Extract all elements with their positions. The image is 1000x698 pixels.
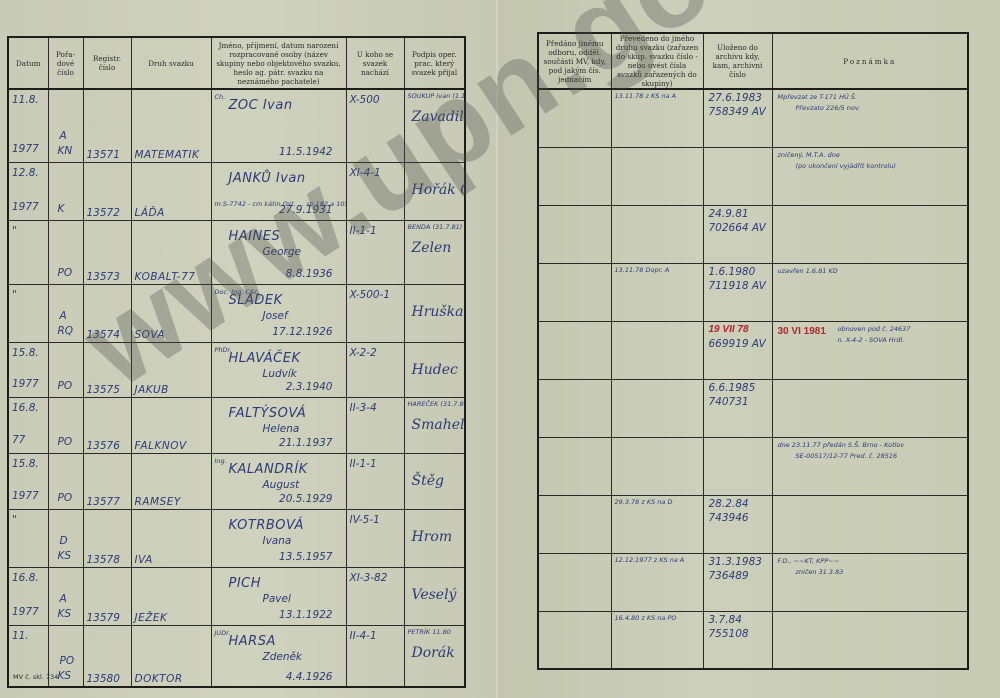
archivni-cislo: 743946 (709, 512, 749, 524)
datum-day: 16.8. (12, 402, 39, 414)
ulozeno-datum: 19 VII 78 (709, 324, 749, 336)
predano-cell (538, 495, 611, 553)
podpis-cell: PETRÍK 11.80Dorák (404, 625, 465, 687)
u-koho-cell: XI-4-1 (346, 162, 404, 220)
poradove-code: PO (58, 492, 73, 504)
druh-svazku: MATEMATIK (135, 149, 200, 161)
druh-svazku-cell: FALKNOV (131, 397, 211, 453)
prijmeni: FALTÝSOVÁ (229, 407, 307, 421)
podpis-signature: Hruška (412, 306, 464, 318)
datum-cell: 12.8.1977 (8, 162, 48, 220)
datum-cell: " (8, 509, 48, 567)
registr-cislo-cell: 13578 (83, 509, 131, 567)
registr-cislo-cell: 13574 (83, 284, 131, 342)
poradove-code: PO (58, 267, 73, 279)
prijmeni: PICH (229, 577, 262, 591)
datum-cell: " (8, 220, 48, 284)
u-koho-cell: X-500 (346, 89, 404, 162)
jmeno: Ivana (263, 535, 292, 547)
jmeno-cell: JANKŮ Ivanm.S-7742 - cm kátin Ost. ... s… (211, 162, 346, 220)
register-row: dne 23.11.77 předán S.Š. Brno - KotlovSE… (538, 437, 968, 495)
podpis-signature: Hudec (412, 364, 458, 376)
druh-svazku-cell: RAMSEY (131, 453, 211, 509)
podpis-cell: BENDA (31.7.81)Zelen (404, 220, 465, 284)
datum-cell: 16.8.1977 (8, 567, 48, 625)
u-koho: II-3-4 (350, 402, 401, 414)
archivni-cislo: 702664 AV (709, 222, 766, 234)
datum-day: 11. (12, 630, 29, 642)
poradove-code: KS (58, 550, 72, 562)
datum-day: 12.8. (12, 167, 39, 179)
prijmeni: HLAVÁČEK (229, 352, 301, 366)
registr-cislo: 13577 (87, 496, 120, 508)
header-ulozeno: Uloženo do archivu kdy, kam, archivní čí… (703, 33, 772, 89)
prevedeno-cell (611, 379, 703, 437)
ulozeno-cell: 3.7.84755108 (703, 611, 772, 669)
datum-year: 1977 (12, 606, 39, 618)
prevedeno: 12.12.1977 z KS na A (615, 556, 700, 564)
poznamka-cell (772, 379, 968, 437)
datum-day: " (12, 225, 17, 237)
predano-cell (538, 147, 611, 205)
register-row: "DKS13578IVAKOTRBOVÁIvana13.5.1957IV-5-1… (8, 509, 465, 567)
poradove-cislo-cell: K (48, 162, 83, 220)
prevedeno-cell: 29.3.78 z KS na D (611, 495, 703, 553)
jmeno: Zdeněk (263, 651, 303, 663)
prevedeno-cell (611, 437, 703, 495)
jmeno: Helena (263, 423, 300, 435)
header-podpis: Podpis oper. prac. který svazek přijal (404, 37, 465, 89)
registr-cislo: 13571 (87, 149, 120, 161)
druh-svazku: DOKTOR (135, 673, 183, 685)
titul: Ing. (215, 457, 227, 465)
poradove-cislo-cell: AKN (48, 89, 83, 162)
poznamka-cell: 30 VI 1981obnoven pod č. 24637n. X-4-2 -… (772, 321, 968, 379)
datum-narozeni: 21.1.1937 (279, 437, 332, 449)
u-koho: IV-5-1 (350, 514, 401, 526)
register-row: zničený, M.T.A. dne(po ukončení vyjádřit… (538, 147, 968, 205)
podpis-signature: Smahel (412, 419, 465, 431)
prevedeno-cell: 13.11.78 z KS na A (611, 89, 703, 147)
prijmeni: ZOC Ivan (229, 99, 293, 113)
archivni-cislo: 711918 AV (709, 280, 766, 292)
datum-cell: " (8, 284, 48, 342)
podpis-signature: Hrom (412, 531, 453, 543)
header-predano: Předáno jinému odboru, odděl. součásti M… (538, 33, 611, 89)
jmeno: Ludvík (263, 368, 297, 380)
header-u-koho: U koho se svazek nachází (346, 37, 404, 89)
registr-cislo-cell: 13575 (83, 342, 131, 397)
jmeno: August (263, 479, 300, 491)
datum-cell: 11.8.1977 (8, 89, 48, 162)
archivni-cislo: 669919 AV (709, 338, 766, 350)
archive-stamp: 30 VI 1981 (778, 326, 826, 337)
poznamka-line-2: n. X-4-2 - SOVA Hrdl. (838, 336, 905, 344)
poznamka-line-1: obnoven pod č. 24637 (838, 325, 911, 333)
ulozeno-datum: 28.2.84 (709, 498, 749, 510)
datum-cell: 16.8.77 (8, 397, 48, 453)
poradove-prefix: A (60, 310, 67, 322)
datum-year: 1977 (12, 143, 39, 155)
register-row: 24.9.81702664 AV (538, 205, 968, 263)
datum-narozeni: 13.5.1957 (279, 551, 332, 563)
podpis-cell: Hruška (404, 284, 465, 342)
registr-cislo-cell: 13573 (83, 220, 131, 284)
jmeno: Josef (263, 310, 288, 322)
prevedeno-cell: 12.12.1977 z KS na A (611, 553, 703, 611)
register-row: 15.8.1977PO13575JAKUBPhDr.HLAVÁČEKLudvík… (8, 342, 465, 397)
datum-narozeni: 2.3.1940 (286, 381, 333, 393)
poznamka-cell (772, 611, 968, 669)
predano-cell (538, 321, 611, 379)
druh-svazku-cell: LÁĎA (131, 162, 211, 220)
druh-svazku: JEŽEK (135, 612, 168, 624)
poznamka-cell: dne 23.11.77 předán S.Š. Brno - KotlovSE… (772, 437, 968, 495)
druh-svazku-cell: JEŽEK (131, 567, 211, 625)
datum-narozeni: 17.12.1926 (272, 326, 332, 338)
druh-svazku: RAMSEY (135, 496, 181, 508)
registr-cislo-cell: 13580 (83, 625, 131, 687)
ulozeno-datum: 31.3.1983 (709, 556, 762, 568)
predano-cell (538, 553, 611, 611)
jmeno-cell: Ing.KALANDRÍKAugust20.5.1929 (211, 453, 346, 509)
poradove-cislo-cell: PO (48, 453, 83, 509)
u-koho: X-500 (350, 94, 401, 106)
registr-cislo: 13573 (87, 271, 120, 283)
prijmeni: HAINES (229, 230, 281, 244)
header-druh-svazku: Druh svazku (131, 37, 211, 89)
ulozeno-cell: 31.3.1983736489 (703, 553, 772, 611)
poznamka-cell: Mpřevzat ze T-171 HÚ Š.Převzato 226/5 no… (772, 89, 968, 147)
u-koho: II-1-1 (350, 225, 401, 237)
prijmeni: KALANDRÍK (229, 463, 308, 477)
datum-year: 1977 (12, 378, 39, 390)
titul: Ch. (215, 93, 226, 101)
podpis-cell: Štěg (404, 453, 465, 509)
prevedeno-cell (611, 205, 703, 263)
jmeno-cell: HAINESGeorge8.8.1936 (211, 220, 346, 284)
druh-svazku-cell: KOBALT-77 (131, 220, 211, 284)
register-row: 16.8.77PO13576FALKNOVFALTÝSOVÁHelena21.1… (8, 397, 465, 453)
datum-narozeni: 8.8.1936 (286, 268, 333, 280)
poradove-cislo-cell: DKS (48, 509, 83, 567)
prevedeno: 29.3.78 z KS na D (615, 498, 700, 506)
prevedeno: 16.4.80 z KS na PO (615, 614, 700, 622)
ulozeno-cell: 1.6.1980711918 AV (703, 263, 772, 321)
poradove-code: KN (58, 145, 73, 157)
poradove-code: KS (58, 608, 72, 620)
form-number: MV č. skl. 734 (13, 673, 58, 681)
register-row: 19 VII 78669919 AV30 VI 1981obnoven pod … (538, 321, 968, 379)
druh-svazku: LÁĎA (135, 207, 165, 219)
predano-cell (538, 611, 611, 669)
poradove-cislo-cell: ARQ (48, 284, 83, 342)
podpis-cell: SOUKUP Ivan (1.10.77)Zavadil (404, 89, 465, 162)
datum-narozeni: 27.9.1931 (279, 204, 332, 216)
poradove-cislo-cell: PO (48, 342, 83, 397)
datum-day: " (12, 289, 17, 301)
header-registr-cislo: Registr. číslo (83, 37, 131, 89)
register-row: 12.12.1977 z KS na A31.3.1983736489F.D.,… (538, 553, 968, 611)
ulozeno-cell: 19 VII 78669919 AV (703, 321, 772, 379)
ulozeno-cell: 24.9.81702664 AV (703, 205, 772, 263)
poradove-cislo-cell: PO (48, 397, 83, 453)
podpis-signature: Zelen (412, 242, 452, 254)
datum-day: 15.8. (12, 458, 39, 470)
poznamka-line-2: Převzato 226/5 nov. (796, 104, 861, 112)
ulozeno-cell: 6.6.1985740731 (703, 379, 772, 437)
podpis-cell: HAREČEK (31.7.81)Smahel (404, 397, 465, 453)
druh-svazku-cell: IVA (131, 509, 211, 567)
datum-narozeni: 13.1.1922 (279, 609, 332, 621)
poznamka-line-1: F.D., ~~KT, KPP~~ (778, 557, 840, 565)
druh-svazku: KOBALT-77 (135, 271, 196, 283)
podpis-poznamka: SOUKUP Ivan (1.10.77) (408, 92, 466, 100)
registr-cislo: 13580 (87, 673, 120, 685)
predano-cell (538, 379, 611, 437)
poznamka-cell: uzavřen 1.6.81 KD (772, 263, 968, 321)
jmeno-cell: PhDr.HLAVÁČEKLudvík2.3.1940 (211, 342, 346, 397)
poznamka-cell (772, 205, 968, 263)
jmeno: George (263, 246, 301, 258)
poradove-prefix: PO (60, 655, 75, 667)
registr-cislo: 13574 (87, 329, 120, 341)
datum-day: 11.8. (12, 94, 39, 106)
ulozeno-datum: 24.9.81 (709, 208, 749, 220)
prevedeno-cell: 13.11.78 Dopr. A (611, 263, 703, 321)
register-row: 16.8.1977AKS13579JEŽEKPICHPavel13.1.1922… (8, 567, 465, 625)
register-row: 11.POKS13580DOKTORJUDr.HARSAZdeněk4.4.19… (8, 625, 465, 687)
header-row: Datum Pořa-dové číslo Registr. číslo Dru… (8, 37, 465, 89)
prevedeno-cell (611, 321, 703, 379)
register-row: 6.6.1985740731 (538, 379, 968, 437)
podpis-signature: Zavadil (412, 111, 464, 123)
datum-narozeni: 4.4.1926 (286, 671, 333, 683)
prevedeno: 13.11.78 z KS na A (615, 92, 700, 100)
ulozeno-cell: 27.6.1983758349 AV (703, 89, 772, 147)
ulozeno-datum: 27.6.1983 (709, 92, 762, 104)
prijmeni: JANKŮ Ivan (229, 172, 306, 186)
podpis-signature: Veselý (412, 589, 457, 601)
registr-cislo: 13579 (87, 612, 120, 624)
register-row: 13.11.78 Dopr. A1.6.1980711918 AVuzavřen… (538, 263, 968, 321)
registr-cislo-cell: 13572 (83, 162, 131, 220)
registr-cislo: 13576 (87, 440, 120, 452)
poradove-prefix: A (60, 593, 67, 605)
book-spine (494, 0, 500, 698)
poznamka-line-2: SE-00517/12-77 Pred. č. 28516 (796, 452, 898, 460)
u-koho-cell: IV-5-1 (346, 509, 404, 567)
datum-year: 77 (12, 434, 25, 446)
u-koho-cell: X-2-2 (346, 342, 404, 397)
prevedeno-cell: 16.4.80 z KS na PO (611, 611, 703, 669)
header-poradove-cislo: Pořa-dové číslo (48, 37, 83, 89)
register-row: "ARQ13574SOVADoc. Ing. CSc.SLÁDEKJosef17… (8, 284, 465, 342)
jmeno: Pavel (263, 593, 291, 605)
druh-svazku: FALKNOV (135, 440, 187, 452)
ulozeno-datum: 3.7.84 (709, 614, 742, 626)
jmeno-cell: JUDr.HARSAZdeněk4.4.1926 (211, 625, 346, 687)
podpis-poznamka: HAREČEK (31.7.81) (408, 400, 466, 408)
archivni-cislo: 758349 AV (709, 106, 766, 118)
druh-svazku: IVA (135, 554, 153, 566)
datum-cell: 15.8.1977 (8, 342, 48, 397)
predano-cell (538, 89, 611, 147)
predano-cell (538, 205, 611, 263)
poznamka-line-2: zničen 31.3.83 (796, 568, 844, 576)
druh-svazku: JAKUB (135, 384, 169, 396)
registr-cislo-cell: 13571 (83, 89, 131, 162)
datum-narozeni: 20.5.1929 (279, 493, 332, 505)
archivni-cislo: 740731 (709, 396, 749, 408)
datum-day: 16.8. (12, 572, 39, 584)
u-koho-cell: XI-3-82 (346, 567, 404, 625)
poznamka-cell: zničený, M.T.A. dne(po ukončení vyjádřit… (772, 147, 968, 205)
datum-day: 15.8. (12, 347, 39, 359)
poznamka-line-1: Mpřevzat ze T-171 HÚ Š. (778, 93, 858, 101)
u-koho-cell: II-1-1 (346, 453, 404, 509)
druh-svazku-cell: DOKTOR (131, 625, 211, 687)
jmeno-cell: Ch.ZOC Ivan11.5.1942 (211, 89, 346, 162)
poradove-code: K (58, 203, 65, 215)
prijmeni: HARSA (229, 635, 276, 649)
u-koho: II-1-1 (350, 458, 401, 470)
jmeno-cell: Doc. Ing. CSc.SLÁDEKJosef17.12.1926 (211, 284, 346, 342)
podpis-cell: Hořák OI. (404, 162, 465, 220)
poradove-cislo-cell: PO (48, 220, 83, 284)
podpis-poznamka: PETRÍK 11.80 (408, 628, 451, 636)
datum-year: 1977 (12, 490, 39, 502)
header-poznamka: Poznámka (772, 33, 968, 89)
ulozeno-datum: 1.6.1980 (709, 266, 756, 278)
ulozeno-cell (703, 437, 772, 495)
register-table-right: Předáno jinému odboru, odděl. součásti M… (537, 32, 969, 670)
ulozeno-cell (703, 147, 772, 205)
header-prevedeno: Převedeno do jiného druhu svazku (zařaze… (611, 33, 703, 89)
podpis-cell: Hrom (404, 509, 465, 567)
header-datum: Datum (8, 37, 48, 89)
datum-cell: 15.8.1977 (8, 453, 48, 509)
poradove-prefix: D (60, 535, 68, 547)
druh-svazku-cell: JAKUB (131, 342, 211, 397)
podpis-signature: Dorák (412, 647, 455, 659)
registr-cislo: 13578 (87, 554, 120, 566)
datum-year: 1977 (12, 201, 39, 213)
prijmeni: KOTRBOVÁ (229, 519, 304, 533)
jmeno-cell: FALTÝSOVÁHelena21.1.1937 (211, 397, 346, 453)
jmeno-cell: KOTRBOVÁIvana13.5.1957 (211, 509, 346, 567)
u-koho: XI-3-82 (350, 572, 401, 584)
poznamka-cell: F.D., ~~KT, KPP~~zničen 31.3.83 (772, 553, 968, 611)
podpis-poznamka: BENDA (31.7.81) (408, 223, 463, 231)
prevedeno-cell (611, 147, 703, 205)
poznamka-line-2: (po ukončení vyjádřit kontrolu) (796, 162, 896, 170)
poradove-code: RQ (58, 325, 74, 337)
prevedeno: 13.11.78 Dopr. A (615, 266, 700, 274)
u-koho: X-2-2 (350, 347, 401, 359)
jmeno-cell: PICHPavel13.1.1922 (211, 567, 346, 625)
ulozeno-cell: 28.2.84743946 (703, 495, 772, 553)
register-row: 16.4.80 z KS na PO3.7.84755108 (538, 611, 968, 669)
podpis-signature: Štěg (412, 475, 444, 487)
u-koho: XI-4-1 (350, 167, 401, 179)
header-jmeno: Jméno, příjmení, datum narození rozpraco… (211, 37, 346, 89)
header-row: Předáno jinému odboru, odděl. součásti M… (538, 33, 968, 89)
podpis-cell: Hudec (404, 342, 465, 397)
archivni-cislo: 736489 (709, 570, 749, 582)
register-row: 11.8.1977AKN13571MATEMATIKCh.ZOC Ivan11.… (8, 89, 465, 162)
register-table-left: Datum Pořa-dové číslo Registr. číslo Dru… (7, 36, 466, 688)
prijmeni: SLÁDEK (229, 294, 283, 308)
poradove-code: KS (58, 670, 72, 682)
u-koho: X-500-1 (350, 289, 401, 301)
podpis-cell: Veselý (404, 567, 465, 625)
druh-svazku: SOVA (135, 329, 166, 341)
poradove-cislo-cell: AKS (48, 567, 83, 625)
datum-day: " (12, 514, 17, 526)
poznamka-cell (772, 495, 968, 553)
u-koho-cell: X-500-1 (346, 284, 404, 342)
predano-cell (538, 437, 611, 495)
register-row: 13.11.78 z KS na A27.6.1983758349 AVMpře… (538, 89, 968, 147)
podpis-signature: Hořák OI. (412, 184, 466, 196)
register-row: 12.8.1977K13572LÁĎAJANKŮ Ivanm.S-7742 - … (8, 162, 465, 220)
archivni-cislo: 755108 (709, 628, 749, 640)
registr-cislo: 13575 (87, 384, 120, 396)
registr-cislo-cell: 13576 (83, 397, 131, 453)
poradove-prefix: A (60, 130, 67, 142)
registr-cislo-cell: 13579 (83, 567, 131, 625)
u-koho-cell: II-4-1 (346, 625, 404, 687)
poradove-code: PO (58, 380, 73, 392)
register-row: 29.3.78 z KS na D28.2.84743946 (538, 495, 968, 553)
druh-svazku-cell: SOVA (131, 284, 211, 342)
registr-cislo: 13572 (87, 207, 120, 219)
register-row: 15.8.1977PO13577RAMSEYIng.KALANDRÍKAugus… (8, 453, 465, 509)
poznamka-line-1: zničený, M.T.A. dne (778, 151, 840, 159)
ulozeno-datum: 6.6.1985 (709, 382, 756, 394)
u-koho-cell: II-1-1 (346, 220, 404, 284)
register-row: "PO13573KOBALT-77HAINESGeorge8.8.1936II-… (8, 220, 465, 284)
predano-cell (538, 263, 611, 321)
registr-cislo-cell: 13577 (83, 453, 131, 509)
u-koho: II-4-1 (350, 630, 401, 642)
datum-narozeni: 11.5.1942 (279, 146, 332, 158)
u-koho-cell: II-3-4 (346, 397, 404, 453)
poznamka-line-1: dne 23.11.77 předán S.Š. Brno - Kotlov (778, 441, 905, 449)
poznamka-line-1: uzavřen 1.6.81 KD (778, 267, 838, 275)
poradove-code: PO (58, 436, 73, 448)
druh-svazku-cell: MATEMATIK (131, 89, 211, 162)
